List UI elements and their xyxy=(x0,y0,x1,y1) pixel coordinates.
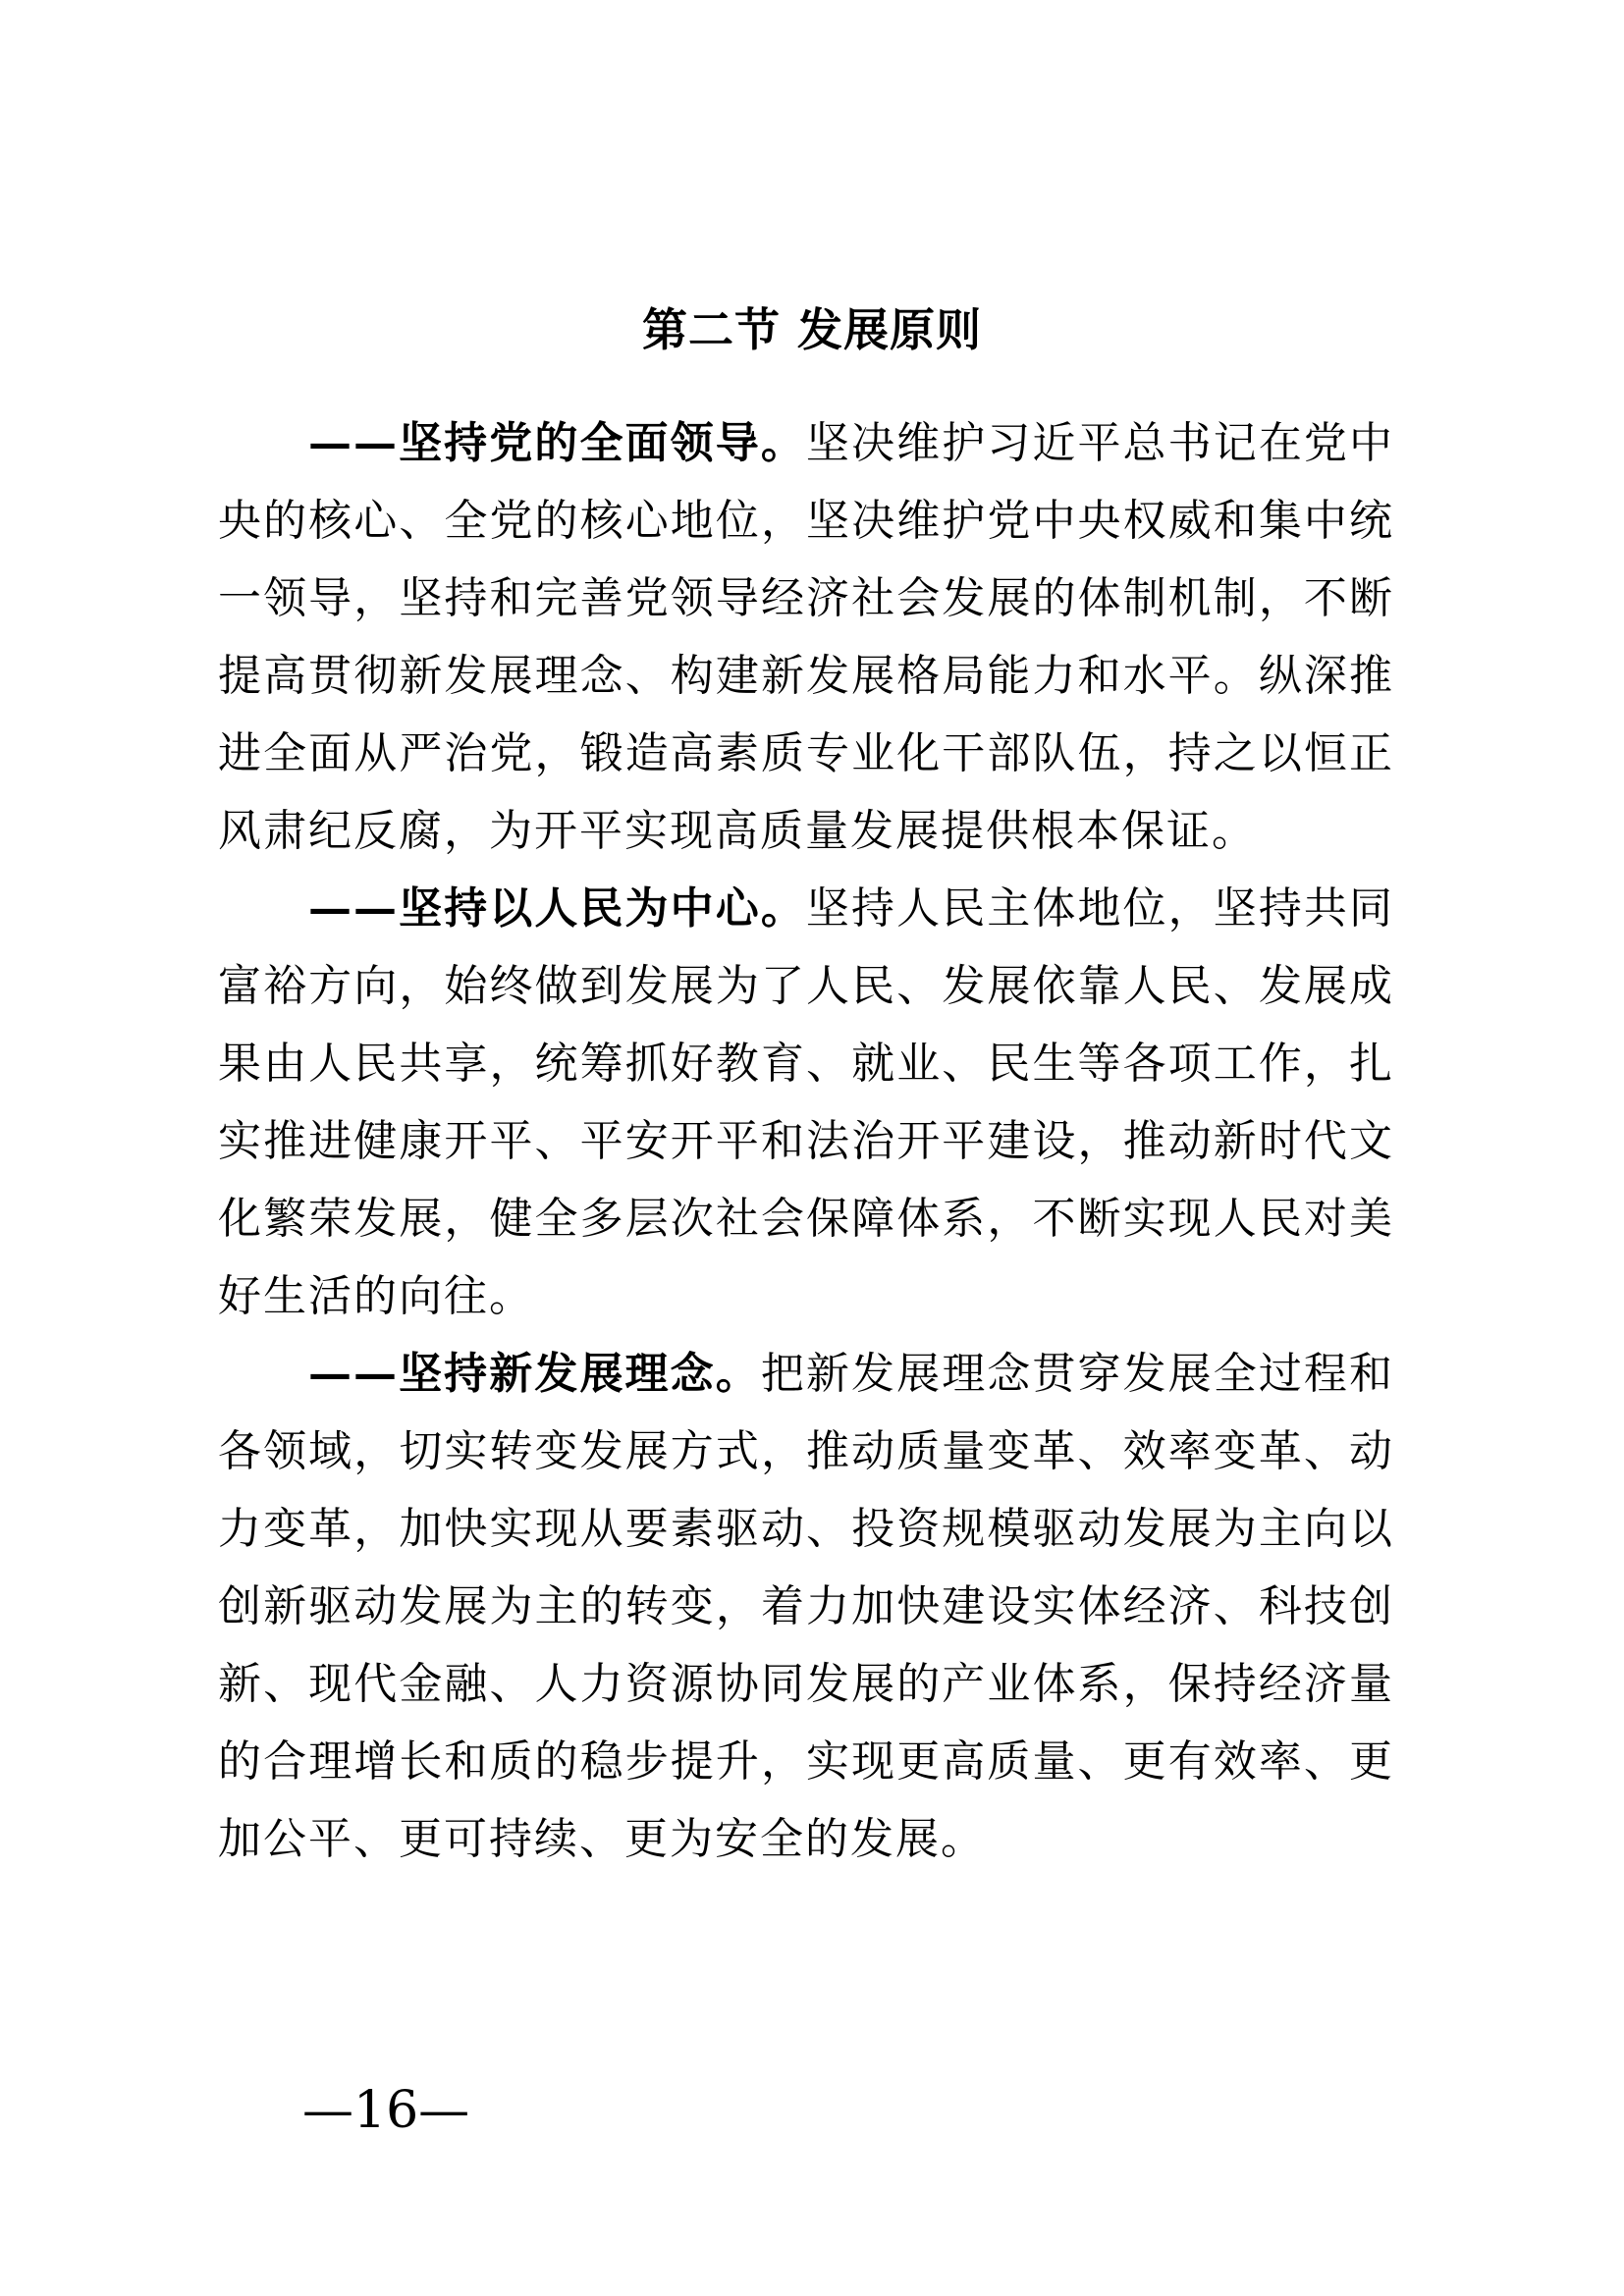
paragraph-text: 坚持人民主体地位，坚持共同富裕方向，始终做到发展为了人民、发展依靠人民、发展成果… xyxy=(218,883,1394,1321)
document-content: ——坚持党的全面领导。坚决维护习近平总书记在党中央的核心、全党的核心地位，坚决维… xyxy=(218,404,1394,1878)
paragraph: ——坚持新发展理念。把新发展理念贯穿发展全过程和各领域，切实转变发展方式，推动质… xyxy=(218,1335,1394,1878)
paragraph-text: 坚决维护习近平总书记在党中央的核心、全党的核心地位，坚决维护党中央权威和集中统一… xyxy=(218,418,1394,856)
paragraph-lead: ——坚持新发展理念。 xyxy=(308,1349,761,1399)
page-number: —16— xyxy=(302,2079,469,2142)
document-page: 第二节 发展原则 ——坚持党的全面领导。坚决维护习近平总书记在党中央的核心、全党… xyxy=(0,0,1624,2296)
paragraph: ——坚持以人民为中心。坚持人民主体地位，坚持共同富裕方向，始终做到发展为了人民、… xyxy=(218,870,1394,1335)
paragraph-text: 把新发展理念贯穿发展全过程和各领域，切实转变发展方式，推动质量变革、效率变革、动… xyxy=(218,1349,1394,1864)
section-title: 第二节 发展原则 xyxy=(0,302,1624,357)
paragraph-lead: ——坚持以人民为中心。 xyxy=(308,883,806,934)
paragraph: ——坚持党的全面领导。坚决维护习近平总书记在党中央的核心、全党的核心地位，坚决维… xyxy=(218,404,1394,870)
paragraph-lead: ——坚持党的全面领导。 xyxy=(308,418,806,468)
